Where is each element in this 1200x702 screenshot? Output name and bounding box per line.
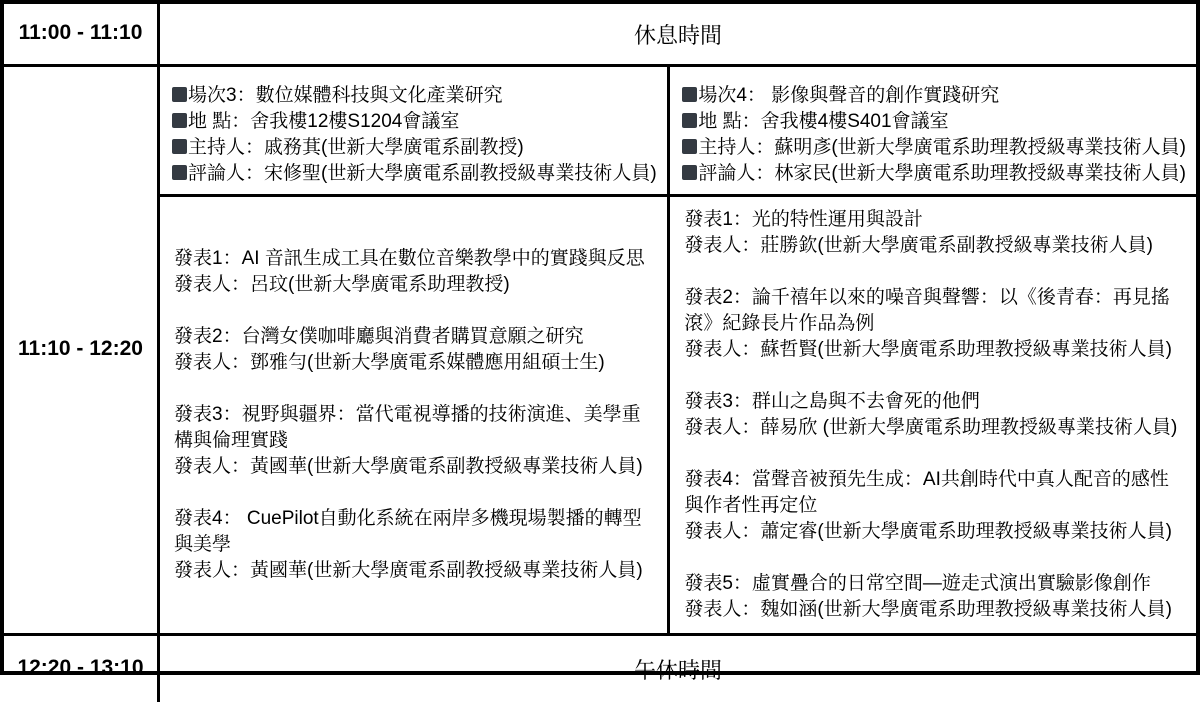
- session-4-moderator-line: 主持人：蘇明彥(世新大學廣電系助理教授級專業技術人員): [682, 135, 1186, 161]
- session-4-location: 地 點：舍我樓4樓S401會議室: [698, 111, 948, 132]
- break-label: 休息時間: [157, 4, 1196, 64]
- session-3-header: 場次3：數位媒體科技與文化產業研究 地 點：舍我樓12樓S1204會議室 主持人…: [160, 67, 667, 194]
- presentation-presenter: 發表人：莊勝欽(世新大學廣電系副教授級專業技術人員): [684, 233, 1182, 259]
- time-slot-sessions: 11:10 - 12:20: [4, 64, 157, 633]
- time-slot-lunch: 12:20 - 13:10: [4, 633, 157, 702]
- presentation-presenter: 發表人：薛易欣 (世新大學廣電系助理教授級專業技術人員): [684, 415, 1182, 441]
- presentation-title: 發表4： CuePilot自動化系統在兩岸多機現場製播的轉型與美學: [174, 506, 653, 558]
- session-4-title-line: 場次4： 影像與聲音的創作實踐研究: [682, 83, 1186, 109]
- presentation-item: 發表2：論千禧年以來的噪音與聲響：以《後青春：再見搖滾》紀錄長片作品為例 發表人…: [684, 285, 1182, 363]
- session-3-presentations: 發表1：AI 音訊生成工具在數位音樂教學中的實踐與反思 發表人：呂玟(世新大學廣…: [160, 194, 667, 633]
- session-3-location: 地 點：舍我樓12樓S1204會議室: [188, 111, 459, 132]
- session-4-discussant: 評論人：林家民(世新大學廣電系助理教授級專業技術人員): [698, 163, 1186, 184]
- presentation-presenter: 發表人：黃國華(世新大學廣電系副教授級專業技術人員): [174, 454, 653, 480]
- presentation-presenter: 發表人：呂玟(世新大學廣電系助理教授): [174, 272, 653, 298]
- session-4-moderator: 主持人：蘇明彥(世新大學廣電系助理教授級專業技術人員): [698, 137, 1186, 158]
- presentation-title: 發表1：光的特性運用與設計: [684, 207, 1182, 233]
- presentation-title: 發表2：台灣女僕咖啡廳與消費者購買意願之研究: [174, 324, 653, 350]
- presentation-item: 發表4： CuePilot自動化系統在兩岸多機現場製播的轉型與美學 發表人：黃國…: [174, 506, 653, 584]
- time-slot-break: 11:00 - 11:10: [4, 4, 157, 64]
- session-3-title: 場次3：數位媒體科技與文化產業研究: [188, 85, 503, 106]
- presentation-item: 發表1：光的特性運用與設計 發表人：莊勝欽(世新大學廣電系副教授級專業技術人員): [684, 207, 1182, 259]
- session-4-discussant-line: 評論人：林家民(世新大學廣電系助理教授級專業技術人員): [682, 161, 1186, 187]
- presentation-presenter: 發表人：鄧雅勻(世新大學廣電系媒體應用組碩士生): [174, 350, 653, 376]
- session-3-discussant: 評論人：宋修聖(世新大學廣電系副教授級專業技術人員): [188, 163, 657, 184]
- session-4-presentations: 發表1：光的特性運用與設計 發表人：莊勝欽(世新大學廣電系副教授級專業技術人員)…: [667, 194, 1196, 633]
- bullet-square-icon: [682, 87, 697, 102]
- bullet-square-icon: [172, 113, 187, 128]
- presentation-item: 發表3：群山之島與不去會死的他們 發表人：薛易欣 (世新大學廣電系助理教授級專業…: [684, 389, 1182, 441]
- session-3-discussant-line: 評論人：宋修聖(世新大學廣電系副教授級專業技術人員): [172, 161, 657, 187]
- session-4-title: 場次4： 影像與聲音的創作實踐研究: [698, 85, 999, 106]
- presentation-item: 發表5：虛實疊合的日常空間—遊走式演出實驗影像創作 發表人：魏如涵(世新大學廣電…: [684, 571, 1182, 623]
- bullet-square-icon: [172, 165, 187, 180]
- session-4-header: 場次4： 影像與聲音的創作實踐研究 地 點：舍我樓4樓S401會議室 主持人：蘇…: [667, 67, 1196, 194]
- conference-schedule-table: 11:00 - 11:10 休息時間 11:10 - 12:20 場次3：數位媒…: [0, 0, 1200, 675]
- session-3-title-line: 場次3：數位媒體科技與文化產業研究: [172, 83, 657, 109]
- bullet-square-icon: [172, 87, 187, 102]
- presentation-title: 發表2：論千禧年以來的噪音與聲響：以《後青春：再見搖滾》紀錄長片作品為例: [684, 285, 1182, 337]
- sessions-grid: 場次3：數位媒體科技與文化產業研究 地 點：舍我樓12樓S1204會議室 主持人…: [157, 64, 1196, 633]
- presentation-presenter: 發表人：蘇哲賢(世新大學廣電系助理教授級專業技術人員): [684, 337, 1182, 363]
- presentation-item: 發表4：當聲音被預先生成：AI共創時代中真人配音的感性與作者性再定位 發表人：蕭…: [684, 467, 1182, 545]
- presentation-title: 發表3：群山之島與不去會死的他們: [684, 389, 1182, 415]
- bullet-square-icon: [682, 139, 697, 154]
- bullet-square-icon: [682, 113, 697, 128]
- session-3-moderator-line: 主持人：戚務萁(世新大學廣電系副教授): [172, 135, 657, 161]
- lunch-label: 午休時間: [157, 633, 1196, 702]
- bullet-square-icon: [682, 165, 697, 180]
- presentation-presenter: 發表人：黃國華(世新大學廣電系副教授級專業技術人員): [174, 558, 653, 584]
- presentation-item: 發表3：視野與疆界：當代電視導播的技術演進、美學重構與倫理實踐 發表人：黃國華(…: [174, 402, 653, 480]
- presentation-title: 發表5：虛實疊合的日常空間—遊走式演出實驗影像創作: [684, 571, 1182, 597]
- bullet-square-icon: [172, 139, 187, 154]
- presentation-item: 發表1：AI 音訊生成工具在數位音樂教學中的實踐與反思 發表人：呂玟(世新大學廣…: [174, 246, 653, 298]
- presentation-presenter: 發表人：魏如涵(世新大學廣電系助理教授級專業技術人員): [684, 597, 1182, 623]
- presentation-title: 發表1：AI 音訊生成工具在數位音樂教學中的實踐與反思: [174, 246, 653, 272]
- presentation-presenter: 發表人：蕭定睿(世新大學廣電系助理教授級專業技術人員): [684, 519, 1182, 545]
- session-4-location-line: 地 點：舍我樓4樓S401會議室: [682, 109, 1186, 135]
- session-3-moderator: 主持人：戚務萁(世新大學廣電系副教授): [188, 137, 524, 158]
- session-3-location-line: 地 點：舍我樓12樓S1204會議室: [172, 109, 657, 135]
- presentation-item: 發表2：台灣女僕咖啡廳與消費者購買意願之研究 發表人：鄧雅勻(世新大學廣電系媒體…: [174, 324, 653, 376]
- presentation-title: 發表3：視野與疆界：當代電視導播的技術演進、美學重構與倫理實踐: [174, 402, 653, 454]
- presentation-title: 發表4：當聲音被預先生成：AI共創時代中真人配音的感性與作者性再定位: [684, 467, 1182, 519]
